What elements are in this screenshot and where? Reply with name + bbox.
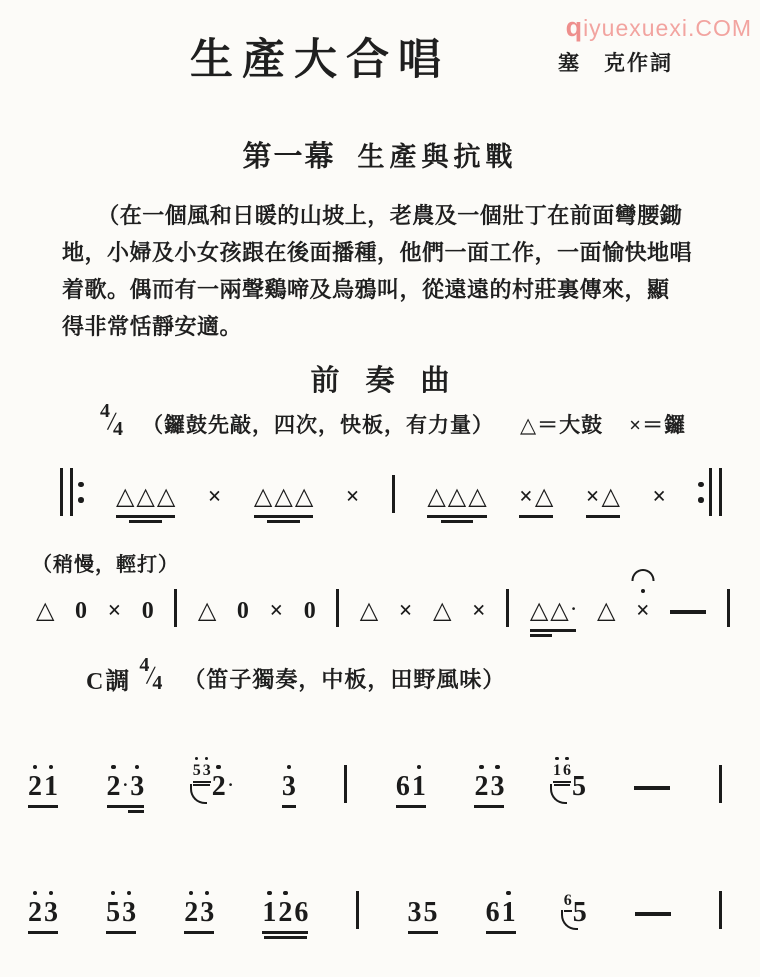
note-group: 165 [553,754,586,816]
note-row: 23 [184,885,214,928]
note-group: △△· [530,579,577,640]
main-notes: 5 [572,759,586,816]
note-group: 2·3 [107,755,145,816]
tempo-instruction: （鑼鼓先敲，四次，快板，有力量） [142,409,494,439]
rhythm-underline-2 [267,520,300,523]
tempo-line: 4 / 4 （鑼鼓先敲，四次，快板，有力量） △＝大鼓 ×＝鑼 [100,404,686,444]
underline-area [530,626,577,640]
note-group: △ [433,583,451,640]
synopsis-line: 地，小婦及小女孩跟在後面播種，他們一面工作，一面愉快地唱 [62,234,710,271]
note-glyph: △ [198,596,216,626]
note-cell: △ [597,583,615,626]
underline-area [474,802,504,816]
octave-dot [283,891,288,896]
main-notes: 126 [262,885,308,942]
main-notes: × [636,583,650,640]
note-group: 126 [262,885,308,942]
note-glyph: 2 [212,772,226,802]
underline-area [360,626,378,640]
note-cell: 3 [130,759,144,802]
main-notes: 23 [28,885,58,942]
note-glyph: 1 [502,898,516,928]
note-glyph: 5 [193,762,201,779]
main-notes: 21 [28,759,58,816]
note-group: × [636,583,650,640]
note-cell: △ [427,469,445,512]
note-cell: △ [274,469,292,512]
note-glyph: × [652,482,666,512]
note-cell: 1 [412,759,426,802]
dash-note [670,610,706,614]
underline-area [28,928,58,942]
underline-area [198,626,216,640]
note-glyph: 2 [474,772,488,802]
note-cell: △ [198,583,216,626]
note-cell: 2 [278,885,292,928]
main-notes: ×△ [586,469,620,526]
time-signature: 4 / 4 [100,404,130,444]
note-glyph: △ [360,596,378,626]
note-cell: 3 [44,885,58,928]
repeat-dot [698,482,704,488]
note-group: △ [597,583,615,640]
underline-area [106,928,136,942]
note-cell: 3 [282,759,296,802]
note-glyph: 3 [122,898,136,928]
underline-area [107,802,145,816]
note-glyph: 6 [564,892,572,909]
note-glyph: △ [254,482,272,512]
note-row: 53 [106,885,136,928]
note-glyph: 2 [184,898,198,928]
note-group: 61 [396,759,426,816]
time-signature: 4 / 4 [139,658,169,698]
underline-area [652,512,666,526]
note-row: 0 [237,583,249,626]
note-cell: △ [468,469,486,512]
note-glyph: · [123,768,129,802]
dash-note [635,912,671,916]
note-glyph: · [571,592,577,626]
fermata-icon [631,569,654,581]
underline-area [572,802,586,816]
underline-area [427,512,486,526]
note-group: × [652,469,666,526]
note-cell: △ [295,469,313,512]
underline-area [212,802,234,816]
underline-area [396,802,426,816]
rhythm-underline [408,931,438,934]
octave-dot [267,891,272,896]
note-cell: 0 [304,583,316,626]
note-group: 0 [75,583,87,640]
main-notes: 5 [573,885,587,942]
rhythm-underline [396,805,426,808]
note-cell: × [208,469,222,512]
barline [356,891,359,929]
note-row: 2·3 [107,755,145,802]
octave-dot [189,891,194,896]
grace-slur-icon [550,784,567,804]
note-group: 3 [282,759,296,816]
note-glyph: 3 [200,898,214,928]
main-notes: 53 [106,885,136,942]
flute-solo-instruction: （笛子獨奏，中板，田野風味） [183,663,505,694]
note-row: × [208,469,222,512]
note-cell: × [108,583,122,626]
rhythm-underline-2 [129,520,162,523]
note-glyph: 1 [412,772,426,802]
note-row: 61 [486,885,516,928]
note-glyph: △ [448,482,466,512]
rhythm-underline [586,515,620,518]
rhythm-underline [486,931,516,934]
sheet-music-page: qiyuexuexi.COM 生產大合唱 塞 克作詞 第一幕生產與抗戰 （在一個… [0,0,760,977]
note-row: △ [360,583,378,626]
rhythm-underline [28,931,58,934]
repeat-dot [698,497,704,503]
note-group: 61 [486,885,516,942]
note-cell: 1 [44,759,58,802]
main-notes: 35 [408,885,438,942]
note-group: △△△ [254,469,313,526]
main-notes: × [399,583,413,640]
main-notes: 0 [304,583,316,640]
underline-area [142,626,154,640]
note-cell: △ [535,469,553,512]
note-group: 0 [237,583,249,640]
octave-dot [287,765,292,770]
note-glyph: 1 [44,772,58,802]
note-group: × [399,583,413,640]
synopsis-line: （在一個風和日暖的山坡上，老農及一個壯丁在前面彎腰鋤 [62,197,710,234]
rhythm-underline [282,805,296,808]
underline-area [304,626,316,640]
note-group: 532· [193,754,234,816]
melody-line-2: 235323126356165 [28,842,722,942]
note-group: △△△ [116,469,175,526]
note-glyph: 3 [130,772,144,802]
note-glyph: × [208,482,222,512]
note-cell: △ [254,469,272,512]
main-notes: 2·3 [107,755,145,816]
act-heading: 第一幕生產與抗戰 [0,134,760,175]
rhythm-underline [184,931,214,934]
note-group: △△△ [427,469,486,526]
main-notes: 0 [142,583,154,640]
rhythm-underline-2 [264,936,307,939]
octave-dot [506,891,511,896]
note-cell: △ [360,583,378,626]
underline-area [597,626,615,640]
key-name: C調 [86,661,131,696]
note-cell: 1 [502,885,516,928]
underline-area [237,626,249,640]
legend-gong: ×＝鑼 [629,409,686,439]
rhythm-underline-2 [128,810,144,813]
note-cell: 2 [184,885,198,928]
note-group: △ [36,583,54,640]
main-notes: △ [198,583,216,640]
note-row: ×△ [586,469,620,512]
note-row: × [346,469,360,512]
main-notes: △ [360,583,378,640]
barline [392,475,395,513]
note-cell: 6 [563,754,571,779]
note-glyph: × [346,482,360,512]
note-group: × [208,469,222,526]
underline-area [282,802,296,816]
note-glyph: 0 [142,596,154,626]
barline [174,589,177,627]
note-cell: × [586,469,600,512]
rhythm-underline-2 [530,634,552,637]
note-cell: 1 [262,885,276,928]
main-notes: 23 [184,885,214,942]
note-row: 61 [396,759,426,802]
note-cell: 2 [28,885,42,928]
note-glyph: 6 [294,898,308,928]
rhythm-underline [107,805,145,808]
note-group: × [472,583,486,640]
note-glyph: △ [116,482,134,512]
main-notes: △△· [530,579,577,640]
note-cell: 3 [203,754,211,779]
note-cell: × [636,583,650,626]
octave-dot [205,757,209,761]
repeat-end-sign [698,468,722,516]
note-row: △△△ [254,469,313,512]
octave-dot-area [641,583,646,596]
note-row: × [652,469,666,512]
main-notes: × [346,469,360,526]
note-row: × [108,583,122,626]
octave-dot [216,765,221,770]
rhythm-underline [519,515,553,518]
octave-dot [135,765,140,770]
legend-drum: △＝大鼓 [520,409,603,439]
octave-dot [33,765,38,770]
rhythm-underline [254,515,313,518]
main-notes: 2· [212,755,234,816]
note-cell: △ [157,469,175,512]
slower-label: （稍慢，輕打） [32,548,179,577]
note-cell: × [519,469,533,512]
underline-area [636,626,650,640]
grace-row: 6 [564,884,572,909]
octave-dot [49,891,54,896]
note-cell: 0 [237,583,249,626]
note-row: × [636,583,650,626]
grace-notes: 6 [564,884,572,913]
note-glyph: △ [468,482,486,512]
note-cell: △ [116,469,134,512]
lyricist-credit: 塞 克作詞 [558,47,673,77]
note-group: 65 [564,884,587,943]
note-row: 0 [142,583,154,626]
octave-dot-area [205,754,209,762]
note-cell: 1 [553,754,561,779]
note-glyph: 6 [396,772,410,802]
octave-dot-area [555,754,559,762]
note-cell: × [269,583,283,626]
main-notes: × [472,583,486,640]
underline-area [254,512,313,526]
note-group: 53 [106,885,136,942]
underline-area [75,626,87,640]
rhythm-underline [28,805,58,808]
note-row: × [472,583,486,626]
note-row: 23 [28,885,58,928]
octave-dot [111,891,116,896]
underline-area [346,512,360,526]
grace-slur-icon [190,784,207,804]
octave-dot-area [195,754,199,762]
rhythm-underline [530,629,577,632]
underline-area [269,626,283,640]
note-cell: 6 [396,759,410,802]
note-glyph: △ [601,482,619,512]
octave-dot [555,757,559,761]
octave-dot [111,765,116,770]
meter-denominator: 4 [152,672,162,695]
note-group: 23 [28,885,58,942]
main-notes: 23 [474,759,504,816]
note-row: △△△ [427,469,486,512]
repeat-double-bar [709,468,722,516]
note-cell: 0 [142,583,154,626]
dash-note [634,786,670,790]
underline-area [586,512,620,526]
note-glyph: 2 [278,898,292,928]
note-cell: △ [448,469,466,512]
act-number: 第一幕 [242,141,335,173]
barline [727,589,730,627]
note-glyph: × [519,482,533,512]
note-glyph: × [108,596,122,626]
note-glyph: △ [157,482,175,512]
main-notes: 0 [237,583,249,640]
note-row: 0 [75,583,87,626]
synopsis-line: 得非常恬靜安適。 [62,308,710,345]
synopsis-line: 着歌。偶而有一兩聲鷄啼及烏鴉叫，從遠遠的村莊裏傳來，顯 [62,271,710,308]
underline-area [472,626,486,640]
page-title: 生產大合唱 [0,26,640,87]
note-cell: △ [530,583,548,626]
note-glyph: 5 [106,898,120,928]
note-row: 5 [573,885,587,928]
note-glyph: 2 [28,772,42,802]
note-row: 35 [408,885,438,928]
main-notes: × [208,469,222,526]
underline-area [486,928,516,942]
key-signature-line: C調 4 / 4 （笛子獨奏，中板，田野風味） [86,658,505,698]
rhythm-underline [106,931,136,934]
note-row: 23 [474,759,504,802]
barline [506,589,509,627]
note-row: △ [597,583,615,626]
note-glyph: △ [274,482,292,512]
main-notes: 0 [75,583,87,640]
melody-line-1: 212·3532·36123165 [28,716,722,816]
note-group: 0 [304,583,316,640]
note-glyph: × [586,482,600,512]
note-cell: △ [601,469,619,512]
percussion-line-1: △△△×△△△×△△△×△×△× [60,462,722,526]
meter-denominator: 4 [113,418,123,441]
main-notes: △ [597,583,615,640]
rhythm-underline [427,515,486,518]
underline-area [519,512,553,526]
note-glyph: × [399,596,413,626]
note-cell: 3 [122,885,136,928]
barline [719,891,722,929]
main-notes: 61 [396,759,426,816]
note-glyph: △ [136,482,154,512]
underline-area [28,802,58,816]
rhythm-underline [553,781,571,783]
note-glyph: 2 [107,772,121,802]
main-notes: △△△ [427,469,486,526]
note-cell: △ [136,469,154,512]
octave-dot [205,891,210,896]
note-group: 23 [474,759,504,816]
repeat-dot [78,482,84,488]
main-notes: × [269,583,283,640]
grace-row: 53 [193,754,211,779]
note-glyph: △ [36,596,54,626]
note-glyph: 2 [28,898,42,928]
note-glyph: △ [427,482,445,512]
note-cell: · [123,755,129,802]
note-row: 126 [262,885,308,928]
note-cell: 6 [486,885,500,928]
note-glyph: 5 [572,772,586,802]
underline-area [116,512,175,526]
octave-dot [641,589,646,594]
barline [336,589,339,627]
note-group: 23 [184,885,214,942]
prelude-title: 前奏曲 [0,358,760,399]
percussion-line-2: △0×0△0×0△×△×△△·△× [36,576,730,640]
octave-dot [417,765,422,770]
note-glyph: △ [530,596,548,626]
note-glyph: △ [535,482,553,512]
note-group: ×△ [519,469,553,526]
note-cell: 5 [106,885,120,928]
note-group: × [269,583,283,640]
underline-area [108,626,122,640]
underline-area [399,626,413,640]
note-row: 5 [572,759,586,802]
note-cell: 5 [424,885,438,928]
note-row: × [399,583,413,626]
main-notes: × [108,583,122,640]
note-glyph: 0 [237,596,249,626]
main-notes: × [652,469,666,526]
underline-area [408,928,438,942]
underline-area [208,512,222,526]
main-notes: △△△ [254,469,313,526]
octave-dot [495,765,500,770]
note-row: 3 [282,759,296,802]
note-row: △ [433,583,451,626]
note-cell: △ [550,583,568,626]
rhythm-underline-2 [441,520,474,523]
rhythm-underline [193,781,211,783]
note-cell: 2 [107,759,121,802]
stage-direction-paragraph: （在一個風和日暖的山坡上，老農及一個壯丁在前面彎腰鋤 地，小婦及小女孩跟在後面播… [62,197,710,345]
